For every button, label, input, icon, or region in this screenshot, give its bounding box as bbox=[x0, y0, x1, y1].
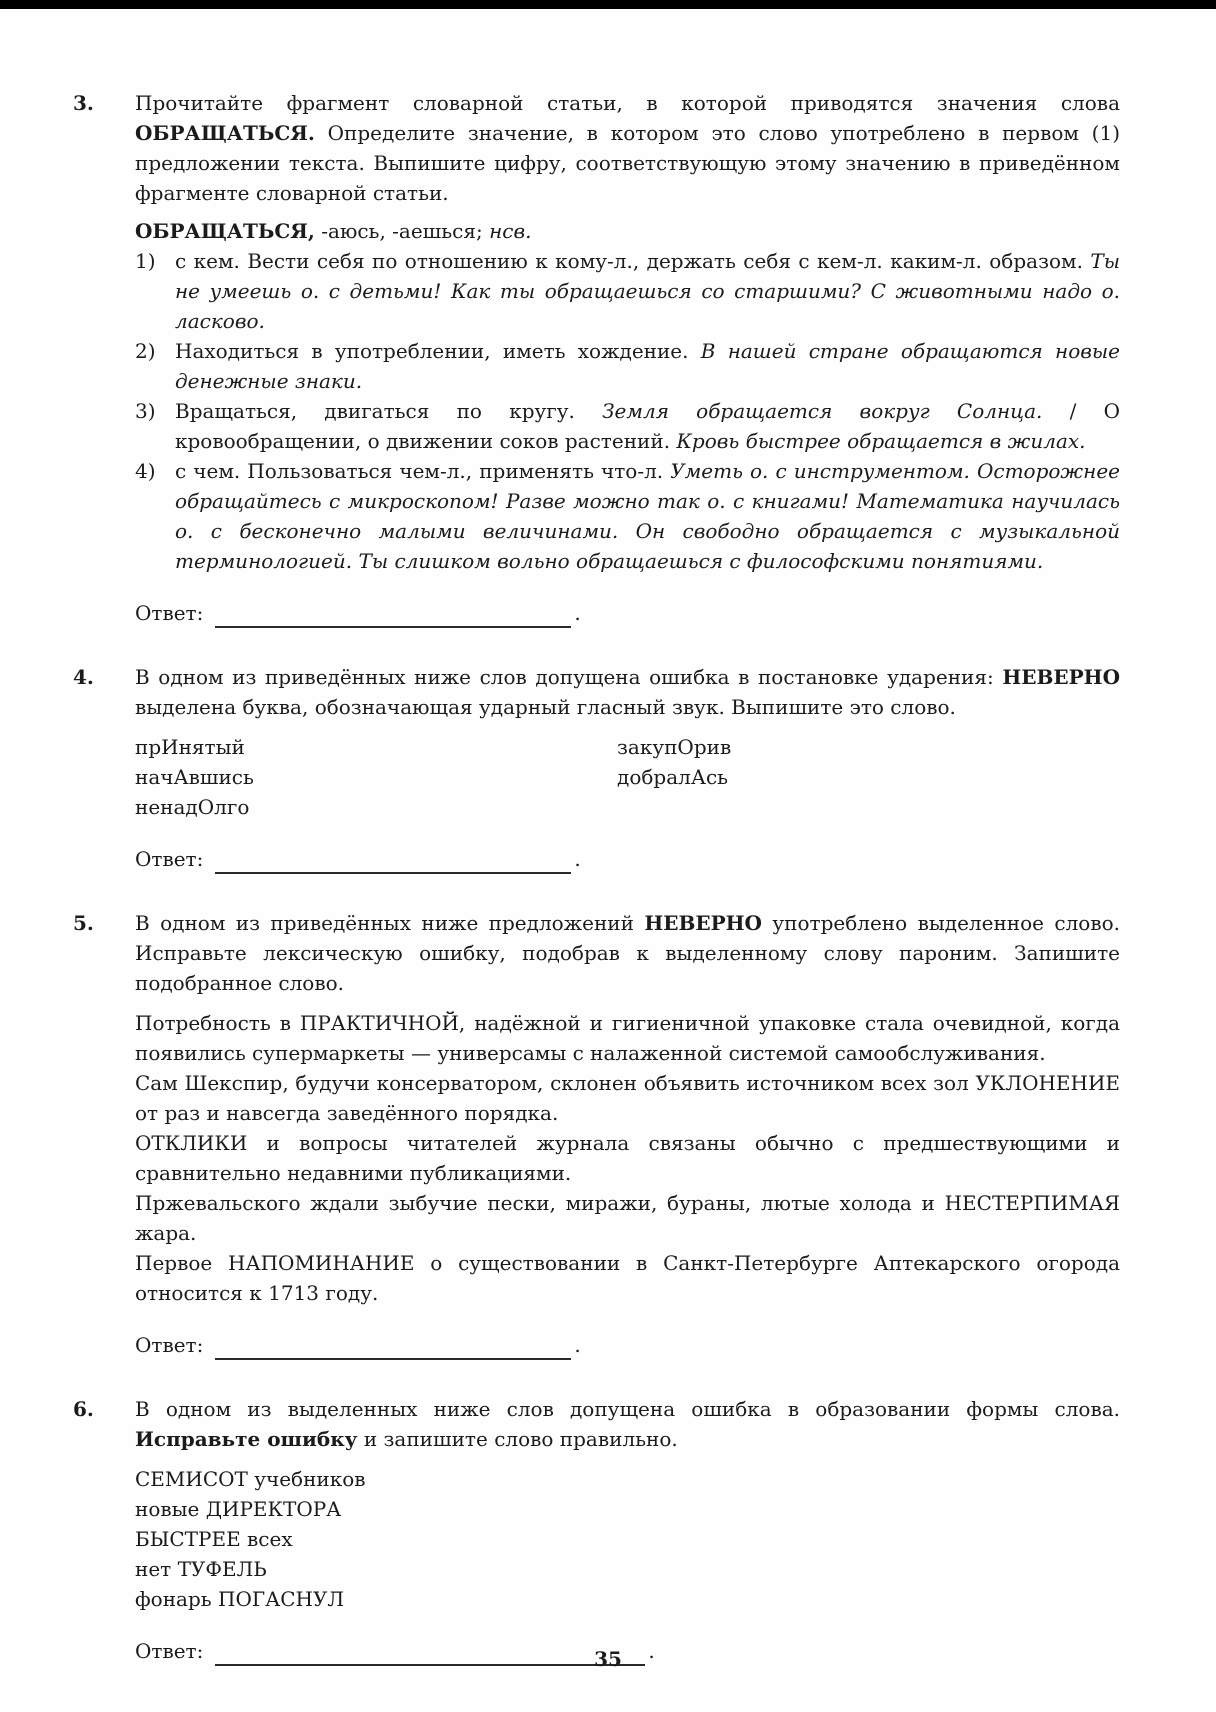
dictionary-sense-4: 4) с чем. Пользоваться чем-л., применять… bbox=[135, 456, 1120, 576]
answer-blank-q5 bbox=[215, 1336, 571, 1360]
sense-2-marker: 2) bbox=[135, 336, 156, 366]
sense-4-text: с чем. Пользоваться чем-л., применять чт… bbox=[175, 456, 1120, 576]
question-6-text: В одном из выделенных ниже слов допущена… bbox=[135, 1394, 1120, 1454]
document-page: 3. Прочитайте фрагмент словарной статьи,… bbox=[0, 0, 1216, 1712]
answer-blank-q3 bbox=[215, 604, 571, 628]
answer-label: Ответ: bbox=[135, 598, 203, 628]
question-6: 6. В одном из выделенных ниже слов допущ… bbox=[135, 1394, 1120, 1666]
paronym-sentence: Пржевальского ждали зыбучие пески, мираж… bbox=[135, 1188, 1120, 1248]
stress-words-right-column: закупОрив добралАсь bbox=[617, 732, 731, 792]
question-4: 4. В одном из приведённых ниже слов допу… bbox=[135, 662, 1120, 874]
answer-row-q5: Ответ: . bbox=[135, 1328, 1120, 1360]
page-number: 35 bbox=[0, 1644, 1216, 1674]
answer-period: . bbox=[574, 844, 580, 874]
stress-word: закупОрив bbox=[617, 732, 731, 762]
question-4-number: 4. bbox=[73, 662, 94, 692]
answer-blank-q4 bbox=[215, 850, 571, 874]
word-form: СЕМИСОТ учебников bbox=[135, 1464, 1120, 1494]
page-content: 3. Прочитайте фрагмент словарной статьи,… bbox=[135, 0, 1120, 1666]
question-4-text: В одном из приведённых ниже слов допущен… bbox=[135, 662, 1120, 722]
word-form: БЫСТРЕЕ всех bbox=[135, 1524, 1120, 1554]
answer-row-q3: Ответ: . bbox=[135, 596, 1120, 628]
sense-4-marker: 4) bbox=[135, 456, 156, 486]
sense-1-marker: 1) bbox=[135, 246, 156, 276]
paronym-sentences: Потребность в ПРАКТИЧНОЙ, надёжной и гиг… bbox=[135, 1008, 1120, 1308]
question-3: 3. Прочитайте фрагмент словарной статьи,… bbox=[135, 88, 1120, 628]
answer-label: Ответ: bbox=[135, 844, 203, 874]
paronym-sentence: Потребность в ПРАКТИЧНОЙ, надёжной и гиг… bbox=[135, 1008, 1120, 1068]
dictionary-sense-2: 2) Находиться в употреблении, иметь хожд… bbox=[135, 336, 1120, 396]
sense-2-text: Находиться в употреблении, иметь хождени… bbox=[175, 336, 1120, 396]
dictionary-sense-3: 3) Вращаться, двигаться по кругу. Земля … bbox=[135, 396, 1120, 456]
word-forms-list: СЕМИСОТ учебников новые ДИРЕКТОРА БЫСТРЕ… bbox=[135, 1464, 1120, 1614]
word-form: новые ДИРЕКТОРА bbox=[135, 1494, 1120, 1524]
question-3-number: 3. bbox=[73, 88, 94, 118]
answer-label: Ответ: bbox=[135, 1330, 203, 1360]
question-5-text: В одном из приведённых ниже предложений … bbox=[135, 908, 1120, 998]
stress-words-list: прИнятый начАвшись ненадОлго закупОрив д… bbox=[135, 732, 1120, 822]
paronym-sentence: Сам Шекспир, будучи консерватором, склон… bbox=[135, 1068, 1120, 1128]
question-5-number: 5. bbox=[73, 908, 94, 938]
stress-word: ненадОлго bbox=[135, 792, 1120, 822]
dictionary-headword: ОБРАЩАТЬСЯ, -аюсь, -аешься; нсв. bbox=[135, 216, 1120, 246]
stress-word: добралАсь bbox=[617, 762, 731, 792]
sense-3-marker: 3) bbox=[135, 396, 156, 426]
question-5: 5. В одном из приведённых ниже предложен… bbox=[135, 908, 1120, 1360]
question-3-text: Прочитайте фрагмент словарной статьи, в … bbox=[135, 88, 1120, 208]
answer-row-q4: Ответ: . bbox=[135, 842, 1120, 874]
paronym-sentence: Первое НАПОМИНАНИЕ о существовании в Сан… bbox=[135, 1248, 1120, 1308]
sense-1-text: с кем. Вести себя по отношению к кому-л.… bbox=[175, 246, 1120, 336]
dictionary-sense-1: 1) с кем. Вести себя по отношению к кому… bbox=[135, 246, 1120, 336]
paronym-sentence: ОТКЛИКИ и вопросы читателей журнала связ… bbox=[135, 1128, 1120, 1188]
word-form: фонарь ПОГАСНУЛ bbox=[135, 1584, 1120, 1614]
question-6-number: 6. bbox=[73, 1394, 94, 1424]
word-form: нет ТУФЕЛЬ bbox=[135, 1554, 1120, 1584]
sense-3-text: Вращаться, двигаться по кругу. Земля обр… bbox=[175, 396, 1120, 456]
answer-period: . bbox=[574, 598, 580, 628]
answer-period: . bbox=[574, 1330, 580, 1360]
